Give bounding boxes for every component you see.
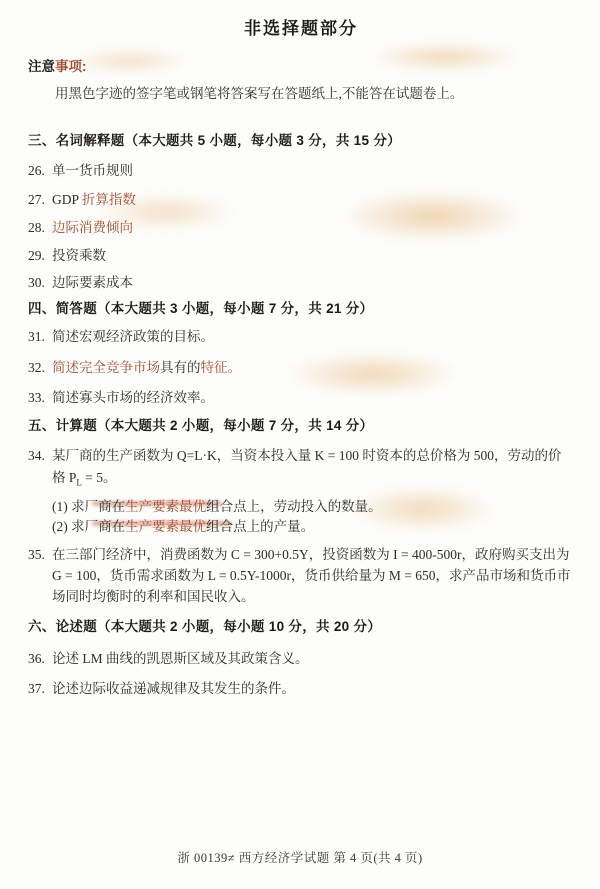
- notice-body: 用黑色字迹的签字笔或钢笔将答案写在答题纸上,不能答在试题卷上。: [28, 84, 574, 103]
- question-number: 29.: [28, 246, 45, 265]
- question-34-sub2: (2) 求厂商在生产要素最优组合点上的产量。: [28, 517, 574, 536]
- question-text: 组合点上，劳动投入的数量。: [206, 499, 382, 514]
- section-heading-6: 六、论述题（本大题共 2 小题，每小题 10 分，共 20 分）: [28, 617, 574, 636]
- exam-paper-page: 非选择题部分 注意事项: 用黑色字迹的签字笔或钢笔将答案写在答题纸上,不能答在试…: [0, 0, 600, 889]
- section-heading-3: 三、名词解释题（本大题共 5 小题，每小题 3 分，共 15 分）: [28, 131, 574, 150]
- question-36: 36. 论述 LM 曲线的凯恩斯区域及其政策含义。: [28, 649, 574, 668]
- section-heading-5: 五、计算题（本大题共 2 小题，每小题 7 分，共 14 分）: [28, 416, 574, 435]
- question-text: GDP: [52, 192, 82, 207]
- question-37: 37. 论述边际收益递减规律及其发生的条件。: [28, 679, 574, 698]
- question-text: = 5。: [82, 470, 117, 485]
- question-32: 32. 简述完全竞争市场具有的特征。: [28, 358, 574, 377]
- question-number: 37.: [28, 679, 45, 698]
- question-text-red: 折算指数: [82, 192, 136, 207]
- question-text: 求厂商在: [71, 499, 125, 514]
- question-31: 31. 简述宏观经济政策的目标。: [28, 327, 574, 346]
- question-33: 33. 简述寡头市场的经济效率。: [28, 388, 574, 407]
- question-26: 26. 单一货币规则: [28, 161, 574, 180]
- question-text: G = 100，货币需求函数为 L = 0.5Y-1000r，货币供给量为 M …: [52, 568, 570, 583]
- question-number: 31.: [28, 327, 45, 346]
- question-30: 30. 边际要素成本: [28, 273, 574, 292]
- question-28: 28. 边际消费倾向: [28, 218, 574, 237]
- page-content: 非选择题部分 注意事项: 用黑色字迹的签字笔或钢笔将答案写在答题纸上,不能答在试…: [28, 0, 574, 698]
- notice-heading: 注意事项:: [28, 57, 574, 76]
- question-text: 论述边际收益递减规律及其发生的条件。: [52, 681, 295, 696]
- question-text: 投资乘数: [52, 248, 106, 263]
- question-35-line3: 场同时均衡时的利率和国民收入。: [28, 587, 574, 606]
- question-text-red: 简述完全竞争市场: [52, 360, 160, 375]
- question-35-line1: 35. 在三部门经济中，消费函数为 C = 300+0.5Y，投资函数为 I =…: [28, 545, 574, 564]
- question-text-red: 生产要素最优: [125, 499, 206, 514]
- page-title: 非选择题部分: [28, 18, 574, 40]
- question-text: 简述寡头市场的经济效率。: [52, 390, 214, 405]
- page-footer: 浙 00139≠ 西方经济学试题 第 4 页(共 4 页): [0, 848, 600, 866]
- question-number: 35.: [28, 545, 45, 564]
- section-heading-4: 四、简答题（本大题共 3 小题，每小题 7 分，共 21 分）: [28, 299, 574, 318]
- question-text: 边际要素成本: [52, 275, 133, 290]
- question-text: 场同时均衡时的利率和国民收入。: [52, 589, 255, 604]
- question-29: 29. 投资乘数: [28, 246, 574, 265]
- question-text: 组合点上的产量。: [206, 519, 314, 534]
- question-number: 33.: [28, 388, 45, 407]
- question-34-line2: 格 PL = 5。: [28, 468, 574, 493]
- notice-heading-red: 事项:: [55, 59, 87, 74]
- question-text: 简述宏观经济政策的目标。: [52, 329, 214, 344]
- sub-question-label: (1): [52, 499, 71, 514]
- question-text: 具有的: [160, 360, 201, 375]
- notice-heading-black: 注意: [28, 59, 55, 74]
- question-text-red: 特征。: [201, 360, 242, 375]
- question-number: 32.: [28, 358, 45, 377]
- question-35-line2: G = 100，货币需求函数为 L = 0.5Y-1000r，货币供给量为 M …: [28, 566, 574, 585]
- question-number: 36.: [28, 649, 45, 668]
- question-number: 26.: [28, 161, 45, 180]
- question-text-red: 生产要素最优: [125, 519, 206, 534]
- question-number: 30.: [28, 273, 45, 292]
- question-text: 论述 LM 曲线的凯恩斯区域及其政策含义。: [52, 651, 309, 666]
- question-text-red: 边际消费倾向: [52, 220, 133, 235]
- question-text: 求厂商在: [71, 519, 125, 534]
- question-number: 34.: [28, 446, 45, 465]
- question-number: 28.: [28, 218, 45, 237]
- question-text: 单一货币规则: [52, 163, 133, 178]
- sub-question-label: (2): [52, 519, 71, 534]
- question-34-sub1: (1) 求厂商在生产要素最优组合点上，劳动投入的数量。: [28, 497, 574, 516]
- question-34-line1: 34. 某厂商的生产函数为 Q=L·K，当资本投入量 K = 100 时资本的总…: [28, 446, 574, 465]
- question-27: 27. GDP 折算指数: [28, 190, 574, 209]
- question-text: 某厂商的生产函数为 Q=L·K，当资本投入量 K = 100 时资本的总价格为 …: [52, 448, 561, 463]
- question-number: 27.: [28, 190, 45, 209]
- question-text: 格 P: [52, 470, 76, 485]
- question-text: 在三部门经济中，消费函数为 C = 300+0.5Y，投资函数为 I = 400…: [52, 547, 569, 562]
